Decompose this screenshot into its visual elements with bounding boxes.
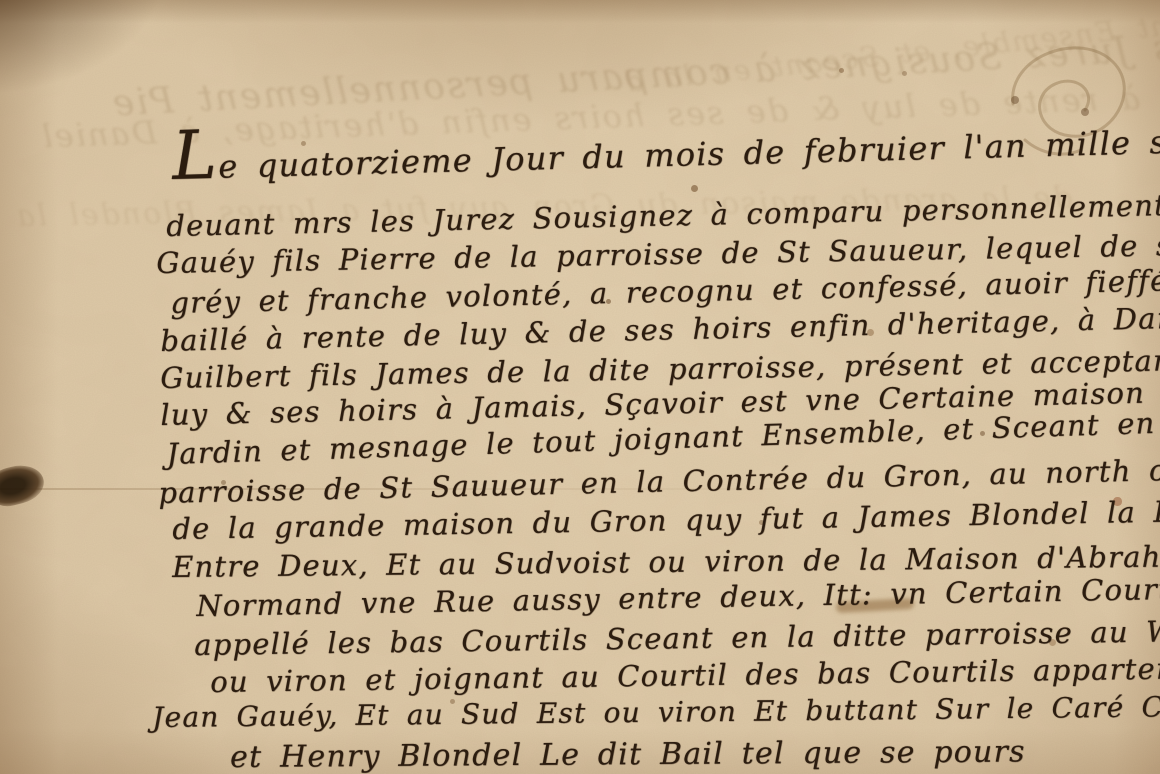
manuscript-line: et Henry Blondel Le dit Bail tel que se … (230, 735, 1026, 774)
manuscript-line: Le quatorzieme Jour du mois de februier … (172, 120, 1160, 187)
manuscript-page: deuant mrs les Jurez Sousignez à comparu… (0, 0, 1160, 774)
manuscript-text: Le quatorzieme Jour du mois de februier … (0, 0, 1160, 774)
